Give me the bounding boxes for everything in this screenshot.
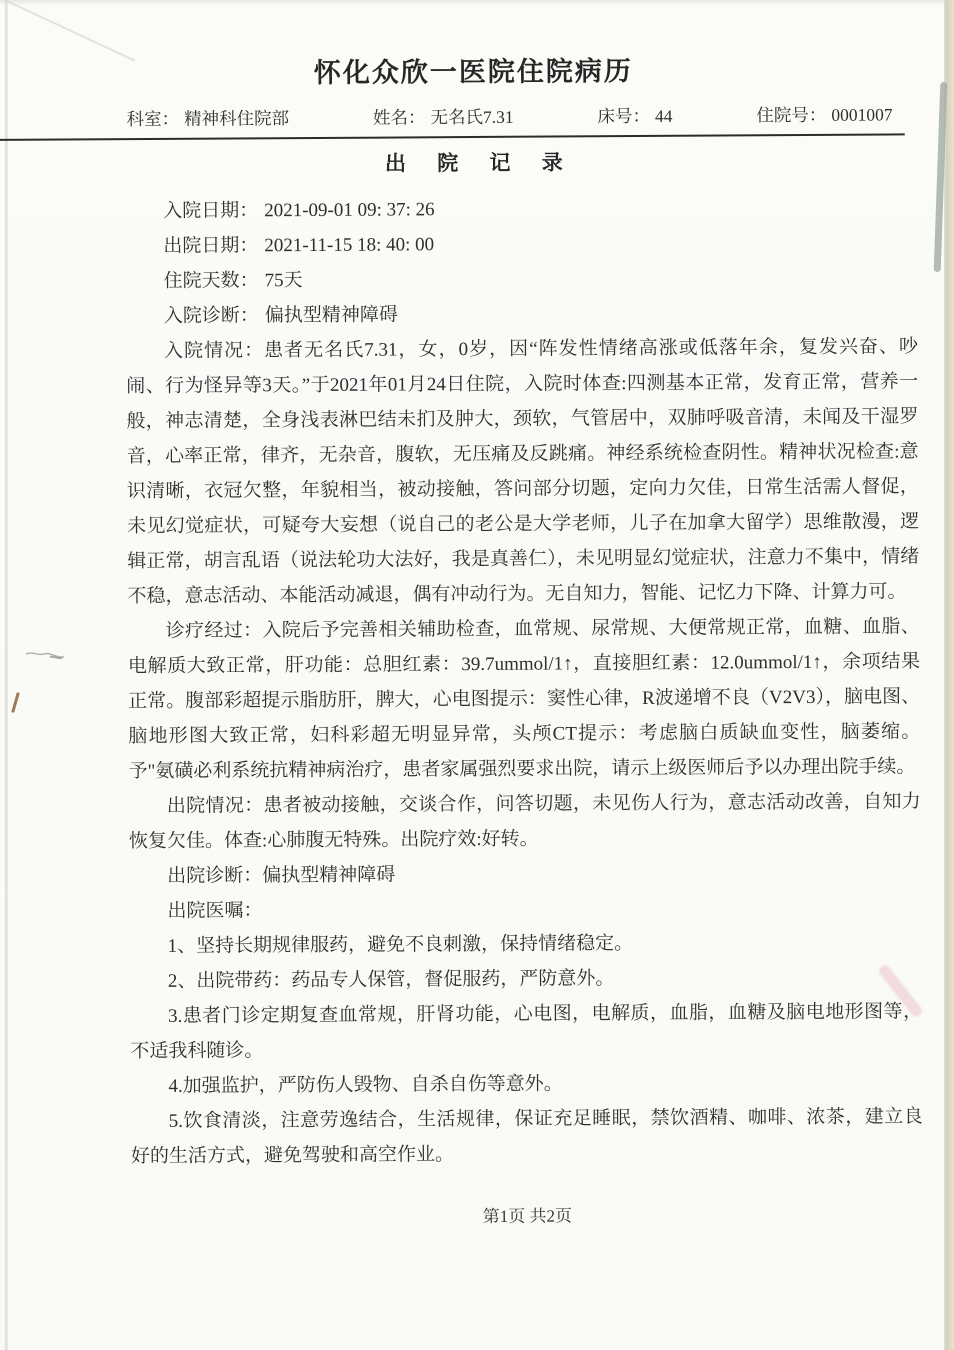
hospital-days-value: 75天: [259, 270, 303, 291]
admission-condition-paragraph: 入院情况：患者无名氏7.31，女，0岁，因“阵发性情绪高涨或低落年余，复发兴奋、…: [126, 329, 920, 614]
discharge-record-section-title: 出 院 记 录: [0, 144, 951, 180]
admission-date-label: 入院日期：: [163, 200, 258, 222]
patient-name-value: 无名氏7.31: [425, 107, 513, 128]
admission-diagnosis-label: 入院诊断：: [164, 305, 259, 327]
header-field-patient-name: 姓名：无名氏7.31: [373, 104, 514, 130]
department-label: 科室：: [127, 109, 180, 129]
bed-number-label: 床号：: [597, 106, 650, 126]
header-field-department: 科室：精神科住院部: [127, 105, 290, 131]
hospital-days-label: 住院天数：: [164, 270, 259, 292]
admission-diagnosis-value: 偏执型精神障碍: [259, 304, 398, 326]
header-field-bed-number: 床号：44: [597, 103, 672, 128]
hospital-record-title: 怀化众欣一医院住院病历: [0, 47, 950, 92]
discharge-diagnosis-line: 出院诊断：偏执型精神障碍: [129, 854, 921, 894]
discharge-order-item-4: 4.加强监护，严防伤人毁物、自杀自伤等意外。: [130, 1064, 922, 1104]
admission-number-label: 住院号：: [756, 105, 826, 125]
discharge-orders-heading: 出院医嘱：: [129, 889, 921, 929]
discharge-order-item-5: 5.饮食清淡，注意劳逸结合，生活规律，保证充足睡眠，禁饮酒精、咖啡、浓茶，建立良…: [131, 1099, 923, 1174]
discharge-date-value: 2021-11-15 18: 40: 00: [258, 234, 434, 256]
patient-name-label: 姓名：: [373, 107, 426, 127]
discharge-order-item-3: 3.患者门诊定期复查血常规，肝肾功能，心电图，电解质，血脂，血糖及脑电地形图等，…: [130, 994, 922, 1069]
page-number-indicator: 第1页 共2页: [131, 1196, 923, 1236]
discharge-order-item-1: 1、坚持长期规律服药，避免不良刺激，保持情绪稳定。: [130, 924, 922, 964]
discharge-date-line: 出院日期：2021-11-15 18: 40: 00: [125, 224, 917, 264]
admission-number-value: 0001007: [826, 104, 892, 124]
scanned-document-page: 怀化众欣一医院住院病历 科室：精神科住院部 姓名：无名氏7.31 床号：44 住…: [0, 0, 954, 1350]
bed-number-value: 44: [650, 106, 673, 126]
document-content: 怀化众欣一医院住院病历 科室：精神科住院部 姓名：无名氏7.31 床号：44 住…: [0, 0, 954, 1350]
header-field-admission-number: 住院号：0001007: [756, 101, 892, 127]
discharge-order-item-2: 2、出院带药：药品专人保管，督促服药，严防意外。: [130, 959, 922, 999]
discharge-date-label: 出院日期：: [163, 235, 258, 257]
patient-info-header: 科室：精神科住院部 姓名：无名氏7.31 床号：44 住院号：0001007: [0, 101, 951, 132]
treatment-course-paragraph: 诊疗经过：入院后予完善相关辅助检查，血常规、尿常规、大便常规正常，血糖、血脂、电…: [128, 609, 921, 789]
admission-date-value: 2021-09-01 09: 37: 26: [258, 199, 435, 221]
admission-diagnosis-line: 入院诊断：偏执型精神障碍: [126, 294, 918, 334]
discharge-condition-paragraph: 出院情况：患者被动接触，交谈合作，问答切题，未见伤人行为，意志活动改善，自知力恢…: [129, 784, 921, 859]
admission-date-line: 入院日期：2021-09-01 09: 37: 26: [125, 189, 917, 229]
header-divider-line: [0, 133, 905, 141]
department-value: 精神科住院部: [179, 108, 289, 129]
hospital-days-line: 住院天数：75天: [125, 259, 917, 299]
discharge-record-body: 入院日期：2021-09-01 09: 37: 26 出院日期：2021-11-…: [0, 189, 954, 1237]
